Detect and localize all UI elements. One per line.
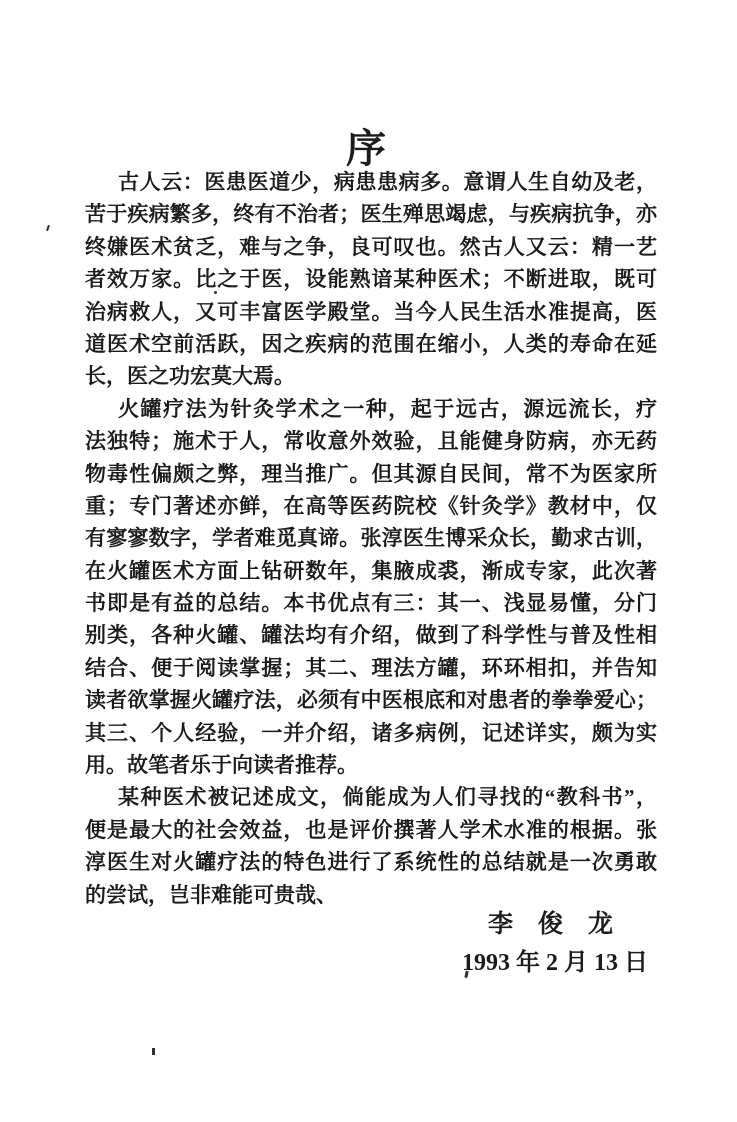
text-line: 苦于疾病繁多，终有不治者；医生殚思竭虑，与疾病抗争，亦 [85, 198, 657, 230]
text-line: 淳医生对火罐疗法的特色进行了系统性的总结就是一次勇敢 [85, 846, 657, 878]
paragraph: 古人云：医患医道少，病患患病多。意谓人生自幼及老， 苦于疾病繁多，终有不治者；医… [85, 166, 657, 393]
author-signature: 李 俊 龙 [488, 908, 613, 942]
text-line: 某种医术被记述成文，倘能成为人们寻找的“教科书”， [85, 781, 657, 813]
text-line: 古人云：医患医道少，病患患病多。意谓人生自幼及老， [85, 166, 657, 198]
text-line: 用。故笔者乐于向读者推荐。 [85, 749, 657, 781]
text-line: 的尝试，岂非难能可贵哉、 [85, 879, 657, 911]
scan-speck [265, 674, 268, 677]
text-line: 道医术空前活跃，因之疾病的范围在缩小，人类的寿命在延 [85, 328, 657, 360]
text-line: 者效万家。比之于医，设能熟谙某种医术；不断进取，既可 [85, 263, 657, 295]
text-line: 在火罐医术方面上钻研数年，集腋成裘，渐成专家，此次著 [85, 555, 657, 587]
scanned-book-page: 序 古人云：医患医道少，病患患病多。意谓人生自幼及老， 苦于疾病繁多，终有不治者… [0, 0, 737, 1122]
text-line: 火罐疗法为针灸学术之一种，起于远古，源远流长，疗 [85, 393, 657, 425]
text-line: 便是最大的社会效益，也是评价撰著人学术水准的根据。张 [85, 814, 657, 846]
page-title: 序 [85, 128, 647, 170]
text-line: 治病救人，又可丰富医学殿堂。当今人民生活水准提高，医 [85, 296, 657, 328]
preface-body: 古人云：医患医道少，病患患病多。意谓人生自幼及老， 苦于疾病繁多，终有不治者；医… [85, 166, 657, 911]
date: 1993 年 2 月 13 日 [462, 946, 648, 980]
text-line: 书即是有益的总结。本书优点有三：其一、浅显易懂，分门 [85, 587, 657, 619]
scan-speck [152, 1048, 155, 1055]
text-line: 长，医之功宏莫大焉。 [85, 360, 657, 392]
text-line: 终嫌医术贫乏，难与之争，良可叹也。然古人又云：精一艺 [85, 231, 657, 263]
paragraph: 火罐疗法为针灸学术之一种，起于远古，源远流长，疗 法独特；施术于人，常收意外效验… [85, 393, 657, 782]
paragraph: 某种医术被记述成文，倘能成为人们寻找的“教科书”， 便是最大的社会效益，也是评价… [85, 781, 657, 911]
text-line: 法独特；施术于人，常收意外效验，且能健身防病，亦无药 [85, 425, 657, 457]
text-line: 重；专门著述亦鲜，在高等医药院校《针灸学》教材中，仅 [85, 490, 657, 522]
scan-speck [46, 225, 50, 231]
text-line: 物毒性偏颇之弊，理当推广。但其源自民间，常不为医家所 [85, 458, 657, 490]
text-line: 其三、个人经验，一并介绍，诸多病例，记述详实，颇为实 [85, 717, 657, 749]
scan-speck [214, 291, 217, 294]
text-line: 结合、便于阅读掌握；其二、理法方罐，环环相扣，并告知 [85, 652, 657, 684]
text-line: 读者欲掌握火罐疗法，必须有中医根底和对患者的拳拳爱心； [85, 684, 657, 716]
text-line: 别类，各种火罐、罐法均有介绍，做到了科学性与普及性相 [85, 619, 657, 651]
text-line: 有寥寥数字，学者难觅真谛。张淳医生博采众长，勤求古训， [85, 522, 657, 554]
